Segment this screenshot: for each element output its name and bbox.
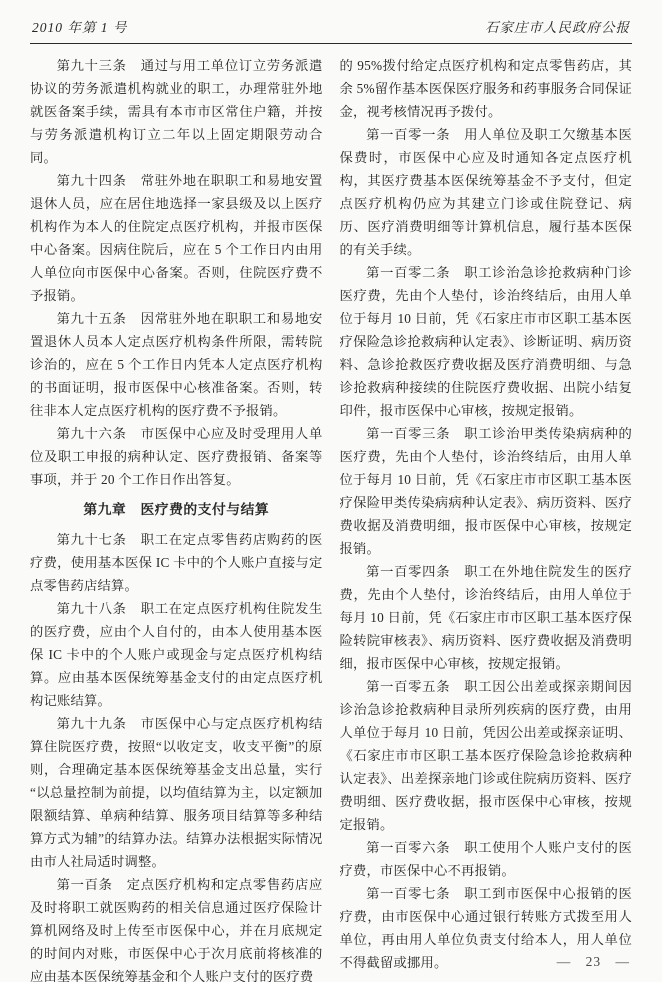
article-paragraph: 第九十八条 职工在定点医疗机构住院发生的医疗费，应由个人自付的，由本人使用基本医… xyxy=(30,597,323,712)
issue-number: 2010 年第 1 号 xyxy=(32,16,127,36)
article-paragraph: 第九十九条 市医保中心与定点医疗机构结算住院医疗费，按照“以收定支，收支平衡”的… xyxy=(30,712,323,873)
article-paragraph: 第九十四条 常驻外地在职职工和易地安置退休人员，应在居住地选择一家县级及以上医疗… xyxy=(30,169,323,307)
continuation-paragraph: 的 95%拨付给定点医疗机构和定点零售药店，其余 5%留作基本医保医疗服务和药事… xyxy=(340,54,633,123)
article-paragraph: 第一百零二条 职工诊治急诊抢救病种门诊医疗费，先由个人垫付，诊治终结后，由用人单… xyxy=(340,261,633,422)
gazette-page: 2010 年第 1 号 石家庄市人民政府公报 第九十三条 通过与用工单位订立劳务… xyxy=(0,0,662,982)
chapter-heading: 第九章 医疗费的支付与结算 xyxy=(30,498,323,521)
article-paragraph: 第九十六条 市医保中心应及时受理用人单位及职工申报的病种认定、医疗费报销、备案等… xyxy=(30,422,323,491)
article-paragraph: 第一百零五条 职工因公出差或探亲期间因诊治急诊抢救病种目录所列疾病的医疗费，由用… xyxy=(340,675,633,836)
article-paragraph: 第九十五条 因常驻外地在职职工和易地安置退休人员本人定点医疗机构条件所限，需转院… xyxy=(30,307,323,422)
article-paragraph: 第一百零四条 职工在外地住院发生的医疗费，先由个人垫付，诊治终结后，由用人单位于… xyxy=(340,560,633,675)
left-column: 第九十三条 通过与用工单位订立劳务派遣协议的劳务派遣机构就业的职工，办理常驻外地… xyxy=(30,54,323,982)
article-paragraph: 第一百零六条 职工使用个人账户支付的医疗费，市医保中心不再报销。 xyxy=(340,836,633,882)
page-number: — 23 — xyxy=(557,954,630,970)
publication-title: 石家庄市人民政府公报 xyxy=(485,16,630,36)
page-header: 2010 年第 1 号 石家庄市人民政府公报 xyxy=(30,12,632,44)
right-column: 的 95%拨付给定点医疗机构和定点零售药店，其余 5%留作基本医保医疗服务和药事… xyxy=(340,54,633,982)
article-paragraph: 第九十三条 通过与用工单位订立劳务派遣协议的劳务派遣机构就业的职工，办理常驻外地… xyxy=(30,54,323,169)
article-paragraph: 第九十七条 职工在定点零售药店购药的医疗费，使用基本医保 IC 卡中的个人账户直… xyxy=(30,528,323,597)
article-paragraph: 第一百零三条 职工诊治甲类传染病病种的医疗费，先由个人垫付，诊治终结后，由用人单… xyxy=(340,422,633,560)
article-paragraph: 第一百零一条 用人单位及职工欠缴基本医保费时，市医保中心应及时通知各定点医疗机构… xyxy=(340,123,633,261)
article-paragraph: 第一百条 定点医疗机构和定点零售药店应及时将职工就医购药的相关信息通过医疗保险计… xyxy=(30,873,323,982)
body-columns: 第九十三条 通过与用工单位订立劳务派遣协议的劳务派遣机构就业的职工，办理常驻外地… xyxy=(30,54,632,982)
